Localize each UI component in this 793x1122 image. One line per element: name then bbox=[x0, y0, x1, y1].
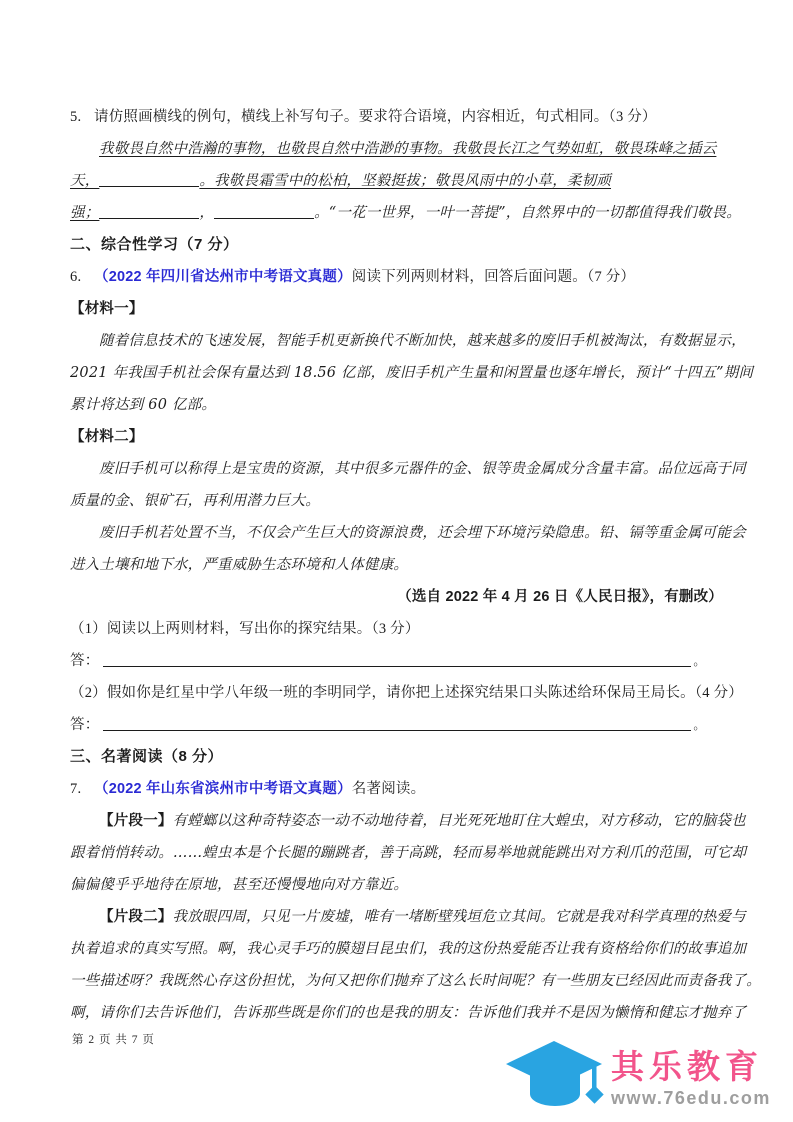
material-2-para-1-line-1: 废旧手机可以称得上是宝贵的资源，其中很多元器件的金、银等贵金属成分含量丰富。品位… bbox=[70, 453, 723, 485]
fragment-1-line-2: 跟着悄悄转动。……蝗虫本是个长腿的蹦跳者，善于高跳，轻而易举地就能跳出对方利爪的… bbox=[70, 837, 723, 869]
fill-in-blank bbox=[99, 173, 199, 188]
answer-label: 答： bbox=[70, 653, 99, 669]
fragment-2-label: 【片段二】 bbox=[99, 909, 173, 925]
material-source-citation: （选自 2022 年 4 月 26 日《人民日报》，有删改） bbox=[70, 581, 723, 613]
fill-in-blank bbox=[214, 205, 314, 220]
fragment-2-line-4: 啊，请你们去告诉他们，告诉那些既是你们的也是我的朋友：告诉他们我并不是因为懒惰和… bbox=[70, 997, 723, 1029]
material-2-label: 【材料二】 bbox=[70, 421, 723, 453]
question-7-number: 7. bbox=[70, 773, 94, 805]
question-5-stem: 5.请仿照画横线的例句，横线上补写句子。要求符合语境，内容相近，句式相同。（3 … bbox=[70, 101, 723, 133]
fragment-2-line-2: 执着追求的真实写照。啊，我心灵手巧的膜翅目昆虫们，我的这份热爱能否让我有资格给你… bbox=[70, 933, 723, 965]
question-6-source-tag: （2022 年四川省达州市中考语文真题） bbox=[94, 269, 352, 285]
brand-website: www.76edu.com bbox=[611, 1087, 771, 1109]
answer-line-1: 答：。 bbox=[70, 645, 723, 677]
material-1-line-2: 2021 年我国手机社会保有量达到 18.56 亿部，废旧手机产生量和闲置量也逐… bbox=[70, 357, 723, 389]
material-1-label: 【材料一】 bbox=[70, 293, 723, 325]
material-2-para-2-line-2: 进入土壤和地下水，严重威胁生态环境和人体健康。 bbox=[70, 549, 723, 581]
graduation-cap-icon bbox=[503, 1038, 605, 1119]
question-7-stem: 7.（2022 年山东省滨州市中考语文真题）名著阅读。 bbox=[70, 773, 723, 805]
answer-blank-line bbox=[103, 717, 691, 732]
question-6-stem: 6.（2022 年四川省达州市中考语文真题）阅读下列两则材料，回答后面问题。（7… bbox=[70, 261, 723, 293]
material-2-para-2-line-1: 废旧手机若处置不当，不仅会产生巨大的资源浪费，还会埋下环境污染隐患。铅、镉等重金… bbox=[70, 517, 723, 549]
exam-document-page: { "colors": { "source_blue": "#2a2ad4", … bbox=[0, 0, 793, 1122]
page-number: 第 2 页 共 7 页 bbox=[72, 1031, 155, 1047]
section-3-heading: 三、名著阅读（8 分） bbox=[70, 741, 723, 773]
fragment-2-line-1: 【片段二】我放眼四周，只见一片废墟，唯有一堵断壁残垣危立其间。它就是我对科学真理… bbox=[70, 901, 723, 933]
question-6-sub-2: （2）假如你是红星中学八年级一班的李明同学，请你把上述探究结果口头陈述给环保局王… bbox=[70, 677, 723, 709]
q5-example-line-1: 我敬畏自然中浩瀚的事物，也敬畏自然中浩渺的事物。我敬畏长江之气势如虹，敬畏珠峰之… bbox=[70, 133, 723, 165]
fragment-2-line-3: 一些描述呀？我既然心存这份担忧，为何又把你们抛弃了这么长时间呢？有一些朋友已经因… bbox=[70, 965, 723, 997]
answer-label: 答： bbox=[70, 717, 99, 733]
page-content: 5.请仿照画横线的例句，横线上补写句子。要求符合语境，内容相近，句式相同。（3 … bbox=[70, 101, 723, 1029]
material-2-para-1-line-2: 质量的金、银矿石，再利用潜力巨大。 bbox=[70, 485, 723, 517]
material-1-line-1: 随着信息技术的飞速发展，智能手机更新换代不断加快，越来越多的废旧手机被淘汰，有数… bbox=[70, 325, 723, 357]
answer-blank-line bbox=[103, 653, 691, 668]
brand-logo: 其乐教育 www.76edu.com bbox=[503, 1038, 771, 1119]
question-6-text: 阅读下列两则材料，回答后面问题。（7 分） bbox=[352, 269, 635, 285]
question-7-text: 名著阅读。 bbox=[352, 781, 426, 797]
question-5-number: 5. bbox=[70, 101, 94, 133]
q5-example-line-3: 强；，。“一花一世界，一叶一菩提”，自然界中的一切都值得我们敬畏。 bbox=[70, 197, 723, 229]
question-6-number: 6. bbox=[70, 261, 94, 293]
q5-example-line-2: 天，。我敬畏霜雪中的松柏，坚毅挺拔；敬畏风雨中的小草，柔韧顽 bbox=[70, 165, 723, 197]
brand-name: 其乐教育 bbox=[611, 1049, 771, 1085]
fragment-1-label: 【片段一】 bbox=[99, 813, 173, 829]
brand-text-block: 其乐教育 www.76edu.com bbox=[611, 1049, 771, 1109]
question-7-source-tag: （2022 年山东省滨州市中考语文真题） bbox=[94, 781, 352, 797]
fragment-1-line-1: 【片段一】有螳螂以这种奇特姿态一动不动地待着，目光死死地盯住大蝗虫，对方移动，它… bbox=[70, 805, 723, 837]
question-6-sub-1: （1）阅读以上两则材料，写出你的探究结果。（3 分） bbox=[70, 613, 723, 645]
question-5-text: 请仿照画横线的例句，横线上补写句子。要求符合语境，内容相近，句式相同。（3 分） bbox=[94, 109, 657, 125]
fill-in-blank bbox=[99, 205, 199, 220]
material-1-line-3: 累计将达到 60 亿部。 bbox=[70, 389, 723, 421]
answer-line-2: 答：。 bbox=[70, 709, 723, 741]
fragment-1-line-3: 偏偏傻乎乎地待在原地，甚至还慢慢地向对方靠近。 bbox=[70, 869, 723, 901]
section-2-heading: 二、综合性学习（7 分） bbox=[70, 229, 723, 261]
